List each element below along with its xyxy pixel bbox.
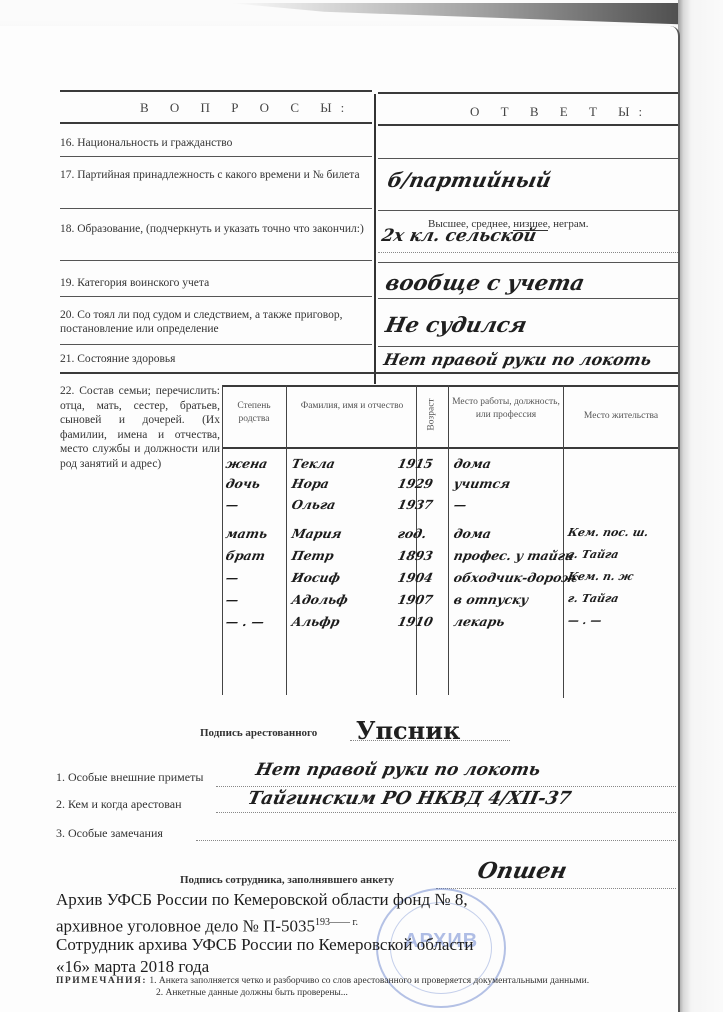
row-rule xyxy=(60,296,372,297)
col-relation: Степень родства xyxy=(226,400,282,426)
extra-3-line xyxy=(196,840,676,841)
row-rule xyxy=(378,158,678,159)
col-residence: Место жительства xyxy=(566,410,676,423)
row-rule xyxy=(378,298,678,299)
family-cell-residence: г. Тайга xyxy=(567,548,620,561)
notes: ПРИМЕЧАНИЯ: 1. Анкета заполняется четко … xyxy=(56,975,589,999)
notes-title: ПРИМЕЧАНИЯ: xyxy=(56,976,147,986)
archive-line-2: архивное уголовное дело № П-5035193—— г. xyxy=(56,913,358,937)
arrested-signature-label: Подпись арестованного xyxy=(200,727,317,739)
family-cell-relation: — . — xyxy=(224,614,265,629)
family-cell-year: год. xyxy=(396,526,428,541)
table-center-divider xyxy=(374,94,376,384)
family-table-top xyxy=(222,385,678,387)
family-cell-name: Ольга xyxy=(290,497,337,512)
table-top-rule xyxy=(60,90,372,92)
extra-1-value: Нет правой руки по локоть xyxy=(254,760,542,780)
family-cell-name: Нора xyxy=(290,476,330,491)
archive-line-1: Архив УФСБ России по Кемеровской области… xyxy=(56,890,468,910)
question-22: 22. Состав семьи; перечислить: отца, мат… xyxy=(60,384,220,471)
col-age: Возраст xyxy=(426,385,439,445)
family-cell-relation: дочь xyxy=(224,476,261,491)
question-20: 20. Со тоял ли под судом и следствием, а… xyxy=(60,308,372,336)
table-top-rule-right xyxy=(378,92,678,94)
family-cell-year: 1937 xyxy=(396,497,434,512)
family-cell-occupation: дома xyxy=(452,526,492,541)
family-cell-relation: жена xyxy=(224,456,269,471)
col-name: Фамилия, имя и отчество xyxy=(292,400,412,413)
family-cell-name: Альфр xyxy=(290,614,341,629)
officer-signature-label: Подпись сотрудника, заполнявшего анкету xyxy=(180,874,394,886)
officer-signature-line xyxy=(436,888,676,889)
family-cell-occupation: в отпуску xyxy=(452,592,529,607)
family-cell-occupation: обходчик-дорож xyxy=(452,570,579,585)
row-rule xyxy=(60,208,372,209)
row-rule xyxy=(378,346,678,347)
extra-2-line xyxy=(216,812,676,813)
answer-21: Нет правой руки по локоть xyxy=(382,350,653,369)
extra-2-value: Тайгинским РО НКВД 4/XII-37 xyxy=(246,788,573,809)
row-rule xyxy=(60,260,372,261)
header-bottom-rule-right xyxy=(378,124,678,126)
family-cell-relation: мать xyxy=(224,526,269,541)
family-cell-relation: брат xyxy=(224,548,266,563)
family-cell-occupation: учится xyxy=(452,476,511,491)
family-cell-residence: Кем. п. ж xyxy=(567,570,635,583)
family-cell-name: Адольф xyxy=(290,592,349,607)
family-cell-year: 1907 xyxy=(396,592,434,607)
family-table-header-bottom xyxy=(222,447,678,449)
note-2: 2. Анкетные данные должны быть проверены… xyxy=(56,988,348,998)
question-17: 17. Партийная принадлежность с какого вр… xyxy=(60,168,372,182)
arrested-signature: Упсник xyxy=(356,716,460,745)
question-19: 19. Категория воинского учета xyxy=(60,276,209,290)
row-rule-dotted xyxy=(378,252,678,253)
officer-signature: Опшен xyxy=(475,858,569,884)
header-answers: О Т В Е Т Ы: xyxy=(470,104,651,120)
family-cell-occupation: лекарь xyxy=(452,614,506,629)
col-occupation: Место работы, должность, или профессия xyxy=(452,396,560,422)
note-1: 1. Анкета заполняется четко и разборчиво… xyxy=(149,976,589,986)
family-cell-occupation: дома xyxy=(452,456,492,471)
family-cell-residence: — . — xyxy=(567,614,603,627)
question-18: 18. Образование, (подчеркнуть и указать … xyxy=(60,222,372,236)
extra-3-label: 3. Особые замечания xyxy=(56,826,163,841)
extra-1-line xyxy=(216,786,676,787)
family-cell-residence: Кем. пос. ш. xyxy=(567,526,650,539)
row-rule xyxy=(60,372,678,374)
family-col-divider xyxy=(222,385,223,695)
answer-17: б/партийный xyxy=(385,168,553,192)
archive-line-3: Сотрудник архива УФСБ России по Кемеровс… xyxy=(56,935,474,955)
row-rule xyxy=(378,210,678,211)
family-cell-occupation: профес. у тайги xyxy=(452,548,575,563)
family-cell-name: Текла xyxy=(290,456,336,471)
family-col-divider xyxy=(563,385,564,698)
family-cell-year: 1915 xyxy=(396,456,434,471)
answer-20: Не судился xyxy=(383,312,529,337)
extra-2-label: 2. Кем и когда арестован xyxy=(56,797,181,812)
question-21: 21. Состояние здоровья xyxy=(60,352,175,366)
family-cell-name: Иосиф xyxy=(290,570,341,585)
family-cell-residence: г. Тайга xyxy=(567,592,620,605)
family-cell-name: Мария xyxy=(290,526,343,541)
archive-line-4: «16» марта 2018 года xyxy=(56,957,209,977)
family-col-divider xyxy=(448,385,449,695)
row-rule xyxy=(378,262,678,263)
answer-19: вообще с учета xyxy=(383,270,587,295)
family-cell-name: Петр xyxy=(290,548,335,563)
family-cell-year: 1893 xyxy=(396,548,434,563)
header-bottom-rule xyxy=(60,122,372,124)
family-col-divider xyxy=(286,385,287,695)
row-rule xyxy=(60,156,372,157)
year-suffix: 193—— г. xyxy=(315,917,358,928)
header-questions: В О П Р О С Ы: xyxy=(140,100,353,116)
family-cell-year: 1904 xyxy=(396,570,434,585)
row-rule xyxy=(60,344,372,345)
family-cell-year: 1910 xyxy=(396,614,434,629)
answer-18: 2х кл. сельской xyxy=(380,226,538,246)
page-right-strip xyxy=(678,0,723,1012)
question-16: 16. Национальность и гражданство xyxy=(60,136,232,150)
family-cell-year: 1929 xyxy=(396,476,434,491)
extra-1-label: 1. Особые внешние приметы xyxy=(56,770,203,785)
